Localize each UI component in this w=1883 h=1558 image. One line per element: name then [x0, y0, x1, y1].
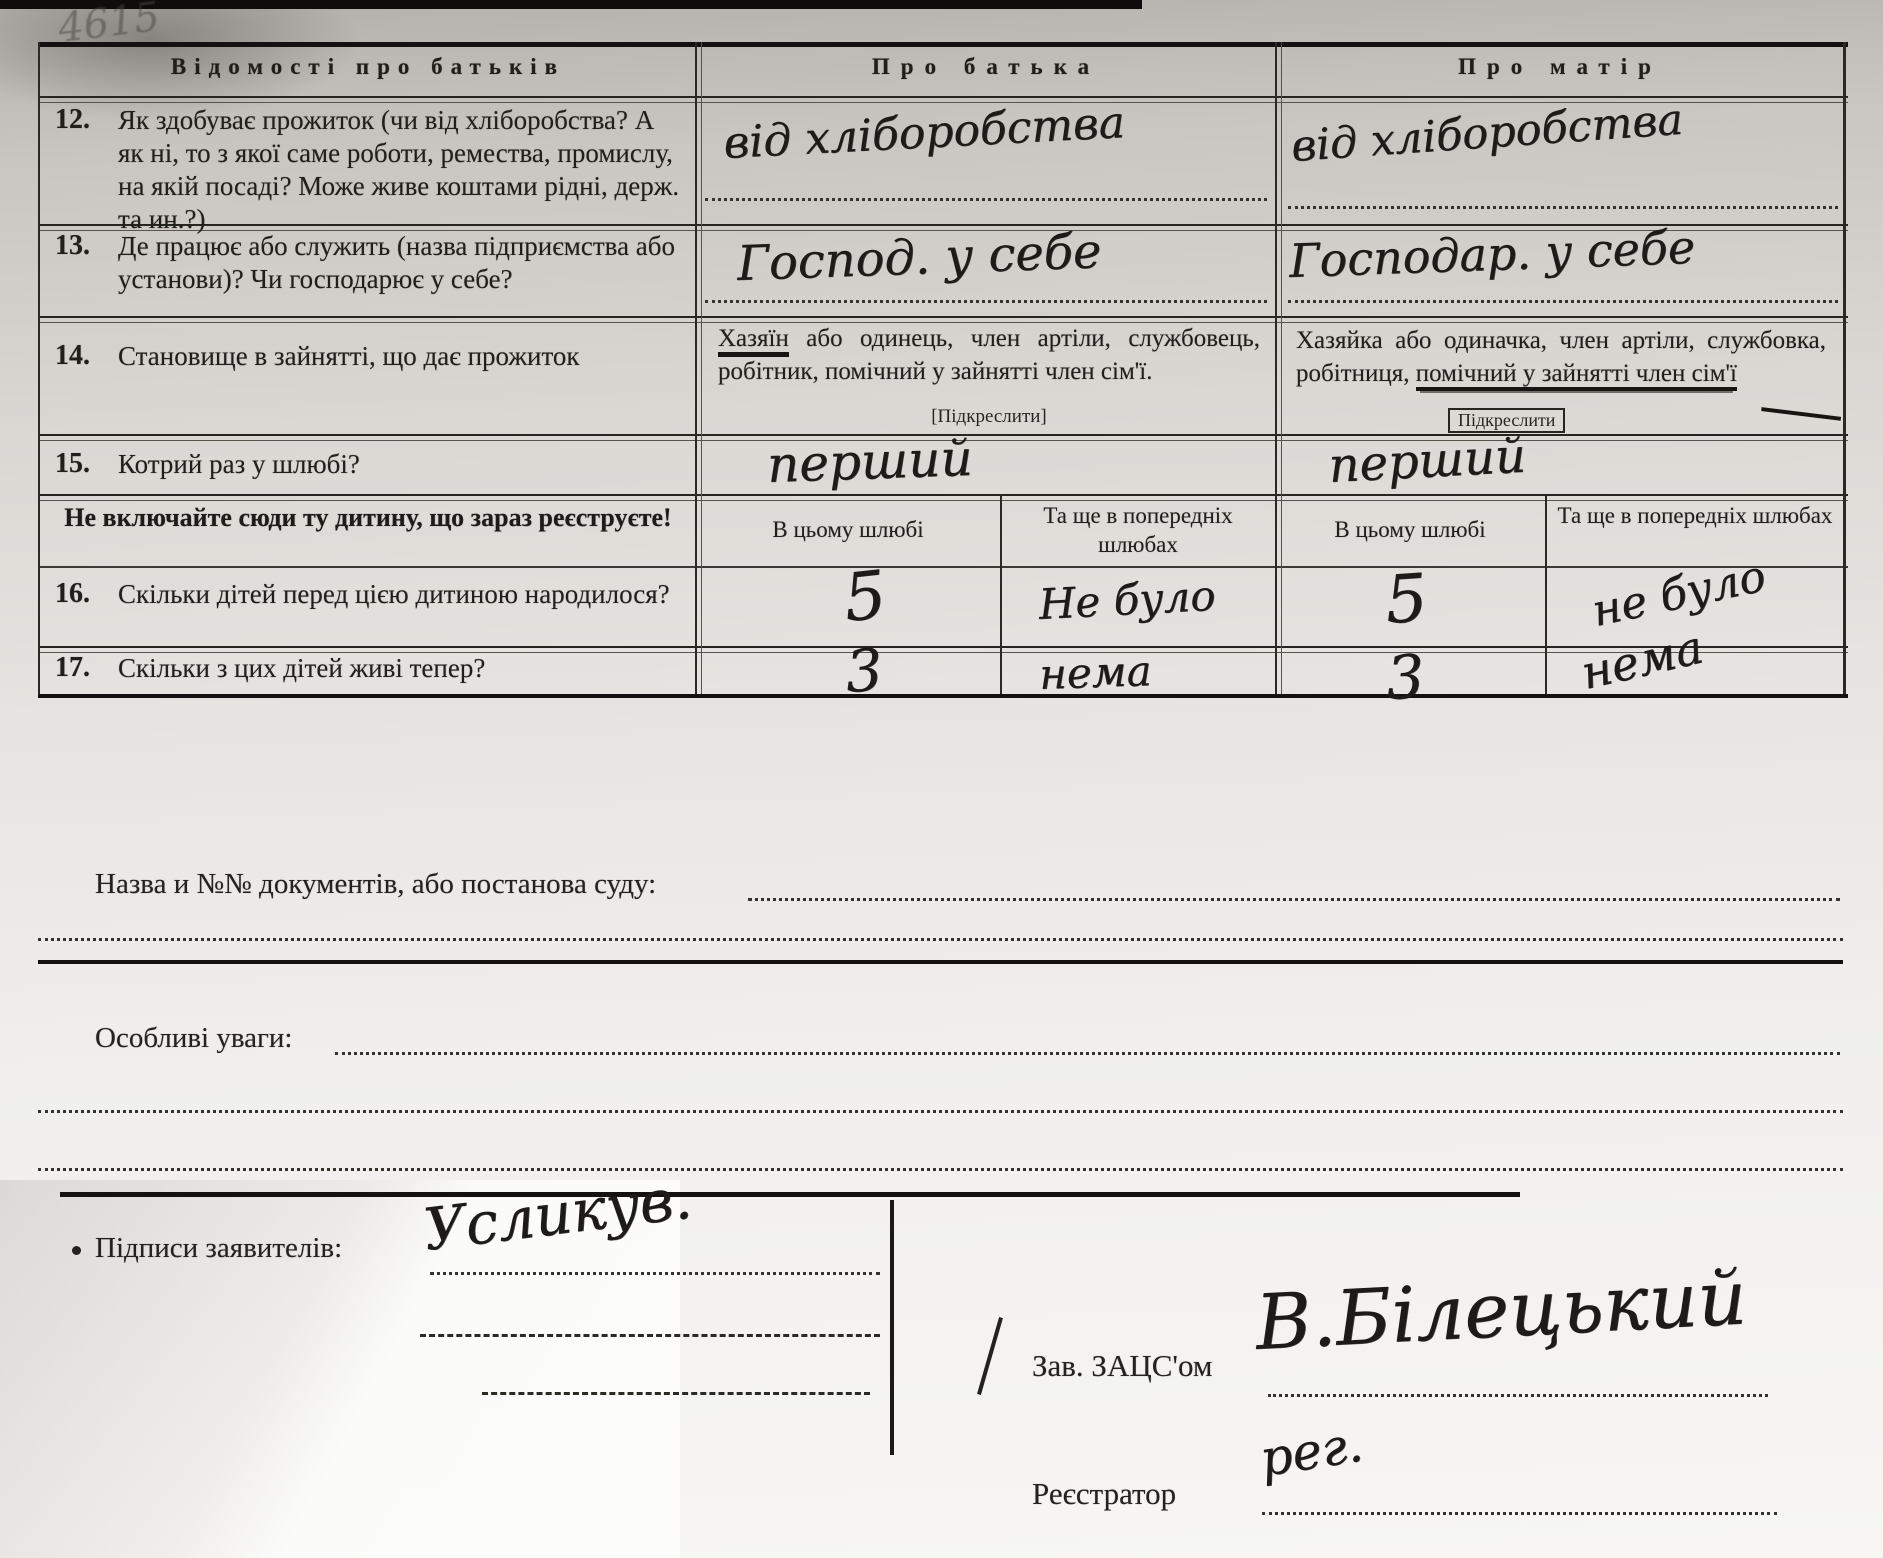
answer-17-mother-this: 3: [1384, 642, 1426, 714]
subheader-father-previous: Та ще в попередніх шлюбах: [1006, 502, 1270, 560]
options-14-father-underlined: Хазяїн: [718, 325, 789, 357]
answer-15-mother: перший: [1327, 428, 1527, 494]
subheader-mother-this-marriage: В цьому шлюбі: [1280, 516, 1540, 545]
options-14-mother: Хазяйка або одиначка, член артіли, служб…: [1296, 324, 1826, 390]
answer-17-mother-previous: нема: [1576, 620, 1708, 700]
question-15-text: Котрий раз у шлюбі?: [118, 448, 680, 481]
registrar-label: Реєстратор: [1032, 1476, 1176, 1512]
options-14-mother-underlined: помічний у зайнятті член сім'ї: [1416, 360, 1737, 391]
question-17-text: Скільки з цих дітей живі тепер?: [118, 652, 680, 685]
subheader-father-this-marriage: В цьому шлюбі: [700, 516, 996, 545]
answer-16-mother-this: 5: [1383, 559, 1430, 639]
declarant-signature-line: [430, 1272, 880, 1275]
documents-label: Назва и №№ документів, або постанова суд…: [95, 868, 656, 901]
table-top-border: [38, 42, 1848, 47]
answer-16-father-this: 5: [840, 556, 890, 637]
question-12-text: Як здобуває прожиток (чи від хліборобств…: [118, 104, 680, 236]
remarks-line-3: [38, 1168, 1843, 1171]
exclude-child-note: Не включайте сюди ту дитину, що зараз ре…: [62, 502, 674, 535]
documents-section-rule: [38, 960, 1843, 964]
header-mother: Про матір: [1277, 54, 1843, 80]
declarant-signatures-label: Підписи заявителів:: [95, 1232, 342, 1265]
answer-12-mother: від хліборобства: [1290, 95, 1685, 172]
registry-head-signature: В.Білецький: [1253, 1252, 1748, 1367]
father-column-divider: [695, 42, 702, 694]
question-17-number: 17.: [55, 652, 90, 684]
mother-subcolumn-divider: [1545, 494, 1547, 694]
answer-12-father: від хліборобства: [722, 97, 1126, 169]
underline-note-father: [Підкреслити]: [718, 406, 1260, 428]
declarant-signature-line-2: [420, 1334, 880, 1337]
declarant-signature-line-3: [482, 1392, 870, 1395]
documents-fill-line: [748, 898, 1840, 901]
options-14-father-rest: або одинець, член артіли, службовець, ро…: [718, 325, 1260, 385]
slash-mark: [977, 1317, 1003, 1395]
answer-12-mother-line: [1288, 206, 1838, 209]
scan-edge-bar: [0, 0, 1142, 9]
registry-head-label: Зав. ЗАЦС'ом: [1032, 1348, 1213, 1384]
subheader-divider: [38, 566, 1848, 568]
table-left-border: [38, 42, 40, 694]
remarks-line-2: [38, 1110, 1843, 1113]
row15-divider: [38, 494, 1848, 501]
scanned-registration-form: 4615 Відомості про батьків Про батька Пр…: [0, 0, 1883, 1558]
documents-line-2: [38, 938, 1843, 941]
remarks-fill-line: [335, 1052, 1840, 1055]
ink-dot: [72, 1246, 81, 1255]
answer-16-father-previous: Не було: [1037, 571, 1216, 629]
table-right-border: [1843, 42, 1846, 694]
signature-block-divider: [890, 1200, 894, 1455]
answer-17-father-this: 3: [843, 636, 885, 706]
subheader-mother-previous: Та ще в попередніх шлюбах: [1552, 502, 1838, 531]
registry-head-signature-line: [1268, 1394, 1768, 1397]
header-parents: Відомості про батьків: [38, 54, 698, 80]
question-14-text: Становище в зайнятті, що дає прожиток: [118, 340, 648, 373]
question-13-text: Де працює або служить (назва підприємств…: [118, 230, 680, 296]
options-14-father: Хазяїн або одинець, член артіли, службов…: [718, 322, 1260, 388]
question-12-number: 12.: [55, 104, 90, 136]
mother-column-divider: [1275, 42, 1282, 694]
signature-section-rule: [60, 1192, 1520, 1197]
header-father: Про батька: [697, 54, 1275, 80]
answer-13-father-line: [705, 300, 1267, 303]
question-16-number: 16.: [55, 578, 90, 610]
handwritten-underline-tail: [1761, 393, 1843, 421]
registrar-signature: рег.: [1256, 1415, 1367, 1488]
table-bottom-border: [38, 694, 1848, 698]
father-subcolumn-divider: [1000, 494, 1002, 694]
question-15-number: 15.: [55, 448, 90, 480]
question-16-text: Скільки дітей перед цією дитиною народил…: [118, 578, 680, 611]
registrar-signature-line: [1262, 1512, 1777, 1515]
answer-13-father: Господ. у себе: [736, 223, 1102, 292]
remarks-label: Особливі уваги:: [95, 1022, 293, 1055]
answer-12-father-line: [705, 198, 1267, 201]
answer-15-father: перший: [766, 429, 973, 494]
answer-17-father-previous: нема: [1038, 646, 1152, 699]
answer-13-mother-line: [1288, 300, 1838, 303]
question-13-number: 13.: [55, 230, 90, 262]
question-14-number: 14.: [55, 340, 90, 372]
